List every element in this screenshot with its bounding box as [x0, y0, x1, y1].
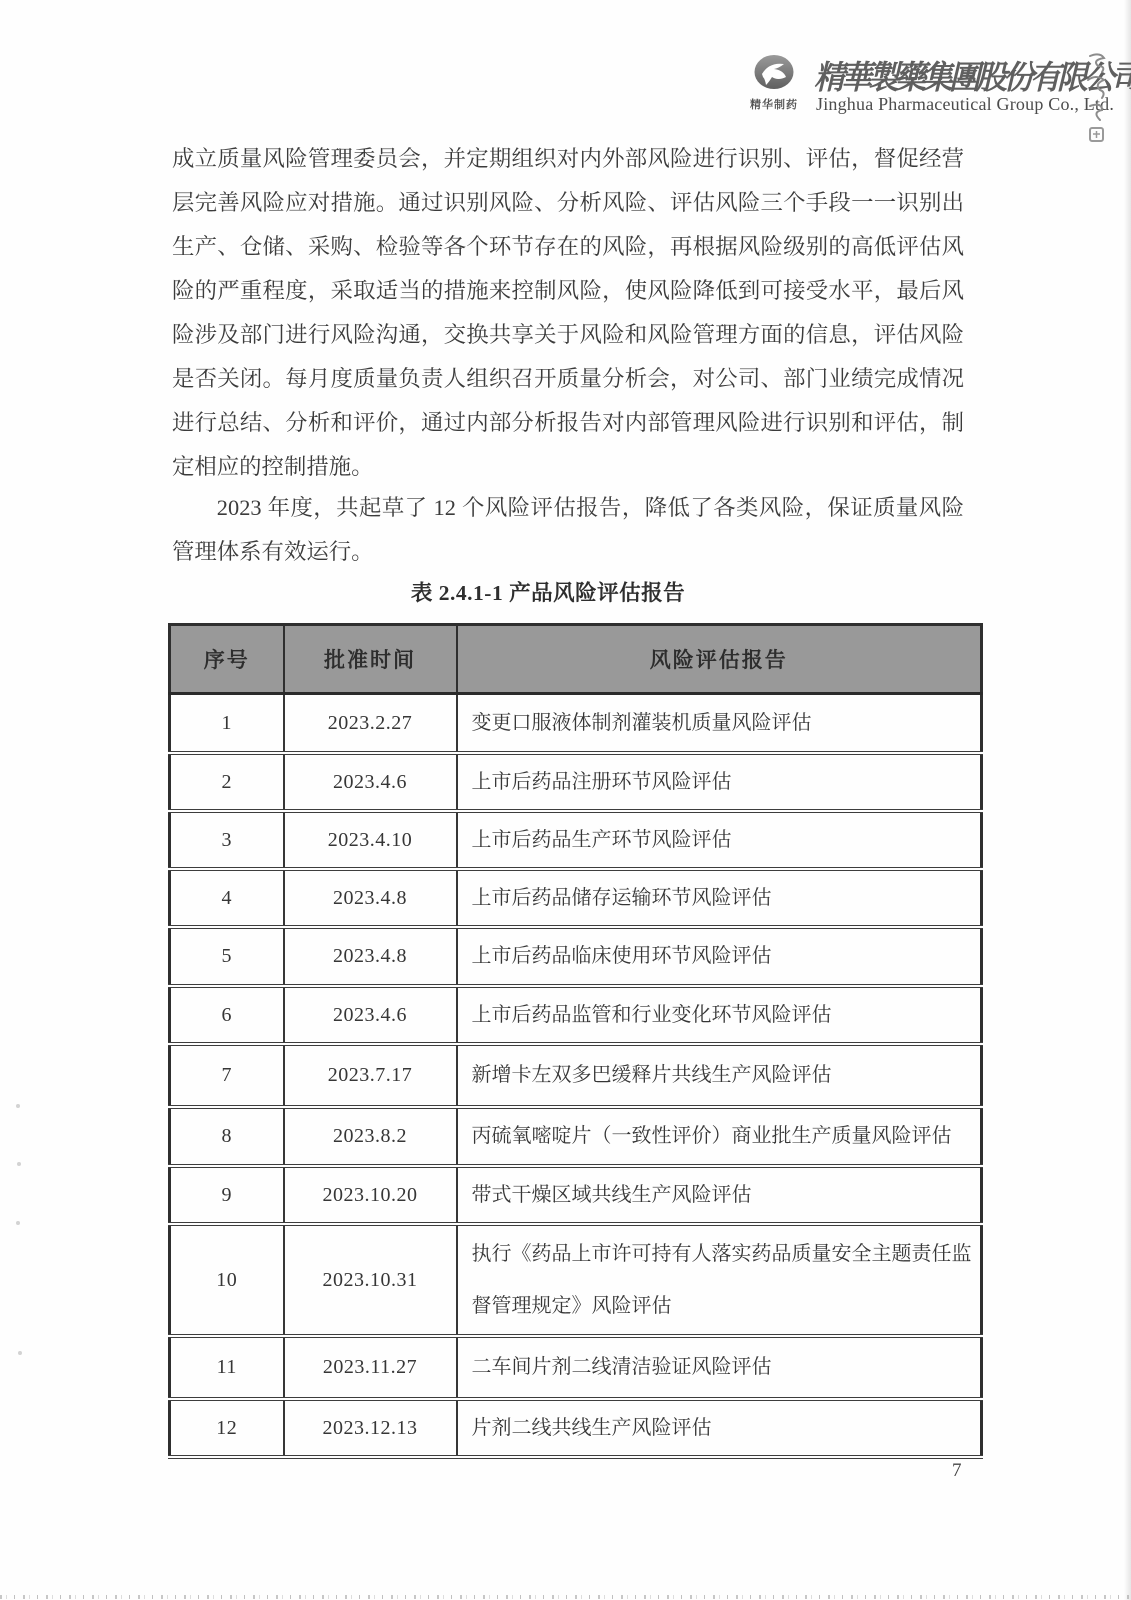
table-row: 22023.4.6上市后药品注册环节风险评估 — [170, 753, 982, 811]
approval-date-cell: 2023.8.2 — [284, 1107, 457, 1166]
row-number-cell: 6 — [170, 986, 284, 1044]
scan-speck — [16, 1104, 20, 1108]
report-table: 序号 批准时间 风险评估报告 12023.2.27变更口服液体制剂灌装机质量风险… — [168, 623, 983, 1459]
row-number-cell: 2 — [170, 753, 284, 811]
report-name-cell: 上市后药品监管和行业变化环节风险评估 — [457, 986, 982, 1044]
row-number-cell: 11 — [170, 1336, 284, 1399]
approval-date-cell: 2023.4.8 — [284, 869, 457, 927]
column-header-date: 批准时间 — [284, 625, 457, 694]
report-name-cell: 二车间片剂二线清洁验证风险评估 — [457, 1336, 982, 1399]
scan-speck — [17, 1162, 21, 1166]
table-row: 12023.2.27变更口服液体制剂灌装机质量风险评估 — [170, 694, 982, 753]
approval-date-cell: 2023.4.8 — [284, 927, 457, 986]
report-name-cell: 变更口服液体制剂灌装机质量风险评估 — [457, 694, 982, 753]
approval-date-cell: 2023.10.20 — [284, 1166, 457, 1224]
report-table-container: 序号 批准时间 风险评估报告 12023.2.27变更口服液体制剂灌装机质量风险… — [168, 623, 980, 1459]
table-row: 122023.12.13片剂二线共线生产风险评估 — [170, 1399, 982, 1457]
page-number: 7 — [952, 1460, 962, 1482]
approval-date-cell: 2023.4.6 — [284, 753, 457, 811]
report-name-cell: 新增卡左双多巴缓释片共线生产风险评估 — [457, 1044, 982, 1107]
row-number-cell: 9 — [170, 1166, 284, 1224]
table-row: 82023.8.2丙硫氧嘧啶片（一致性评价）商业批生产质量风险评估 — [170, 1107, 982, 1166]
table-row: 92023.10.20带式干燥区域共线生产风险评估 — [170, 1166, 982, 1224]
approval-date-cell: 2023.4.6 — [284, 986, 457, 1044]
company-name-english: Jinghua Pharmaceutical Group Co., Ltd. — [816, 94, 1114, 115]
row-number-cell: 4 — [170, 869, 284, 927]
report-name-cell: 上市后药品生产环节风险评估 — [457, 811, 982, 869]
report-name-cell: 上市后药品临床使用环节风险评估 — [457, 927, 982, 986]
approval-date-cell: 2023.2.27 — [284, 694, 457, 753]
report-table-header: 序号 批准时间 风险评估报告 — [170, 625, 982, 694]
scan-noise-strip — [0, 1595, 1131, 1599]
row-number-cell: 12 — [170, 1399, 284, 1457]
report-table-body: 12023.2.27变更口服液体制剂灌装机质量风险评估22023.4.6上市后药… — [170, 694, 982, 1457]
column-header-report: 风险评估报告 — [457, 625, 982, 694]
table-row: 32023.4.10上市后药品生产环节风险评估 — [170, 811, 982, 869]
paragraph-risk-management: 成立质量风险管理委员会，并定期组织对内外部风险进行识别、评估，督促经营层完善风险… — [172, 137, 964, 489]
report-name-cell: 执行《药品上市许可持有人落实药品质量安全主题责任监督管理规定》风险评估 — [457, 1224, 982, 1336]
row-number-cell: 10 — [170, 1224, 284, 1336]
row-number-cell: 7 — [170, 1044, 284, 1107]
row-number-cell: 3 — [170, 811, 284, 869]
row-number-cell: 1 — [170, 694, 284, 753]
handwritten-seal-icon — [1082, 50, 1110, 146]
report-name-cell: 带式干燥区域共线生产风险评估 — [457, 1166, 982, 1224]
approval-date-cell: 2023.7.17 — [284, 1044, 457, 1107]
scan-edge-shadow — [1124, 0, 1131, 1600]
table-row: 72023.7.17新增卡左双多巴缓释片共线生产风险评估 — [170, 1044, 982, 1107]
table-row: 42023.4.8上市后药品储存运输环节风险评估 — [170, 869, 982, 927]
report-name-cell: 上市后药品注册环节风险评估 — [457, 753, 982, 811]
report-name-cell: 片剂二线共线生产风险评估 — [457, 1399, 982, 1457]
column-header-index: 序号 — [170, 625, 284, 694]
table-row: 62023.4.6上市后药品监管和行业变化环节风险评估 — [170, 986, 982, 1044]
scan-speck — [16, 1221, 20, 1225]
row-number-cell: 5 — [170, 927, 284, 986]
scanned-document-page: 精华制药 精華製藥集團股份有限公司 Jinghua Pharmaceutical… — [0, 0, 1131, 1600]
paragraph-2023-summary: 2023 年度，共起草了 12 个风险评估报告，降低了各类风险，保证质量风险管理… — [172, 486, 964, 574]
scan-speck — [18, 1351, 22, 1355]
table-row: 102023.10.31执行《药品上市许可持有人落实药品质量安全主题责任监督管理… — [170, 1224, 982, 1336]
approval-date-cell: 2023.4.10 — [284, 811, 457, 869]
header-row: 序号 批准时间 风险评估报告 — [170, 625, 982, 694]
row-number-cell: 8 — [170, 1107, 284, 1166]
logo-caption: 精华制药 — [738, 96, 810, 112]
company-logo: 精华制药 — [738, 54, 810, 112]
approval-date-cell: 2023.12.13 — [284, 1399, 457, 1457]
report-name-cell: 上市后药品储存运输环节风险评估 — [457, 869, 982, 927]
table-row: 52023.4.8上市后药品临床使用环节风险评估 — [170, 927, 982, 986]
approval-date-cell: 2023.10.31 — [284, 1224, 457, 1336]
table-caption: 表 2.4.1-1 产品风险评估报告 — [168, 576, 928, 607]
report-name-cell: 丙硫氧嘧啶片（一致性评价）商业批生产质量风险评估 — [457, 1107, 982, 1166]
table-row: 112023.11.27二车间片剂二线清洁验证风险评估 — [170, 1336, 982, 1399]
bird-logo-icon — [753, 54, 795, 90]
letterhead: 精华制药 精華製藥集團股份有限公司 Jinghua Pharmaceutical… — [738, 52, 1110, 142]
approval-date-cell: 2023.11.27 — [284, 1336, 457, 1399]
